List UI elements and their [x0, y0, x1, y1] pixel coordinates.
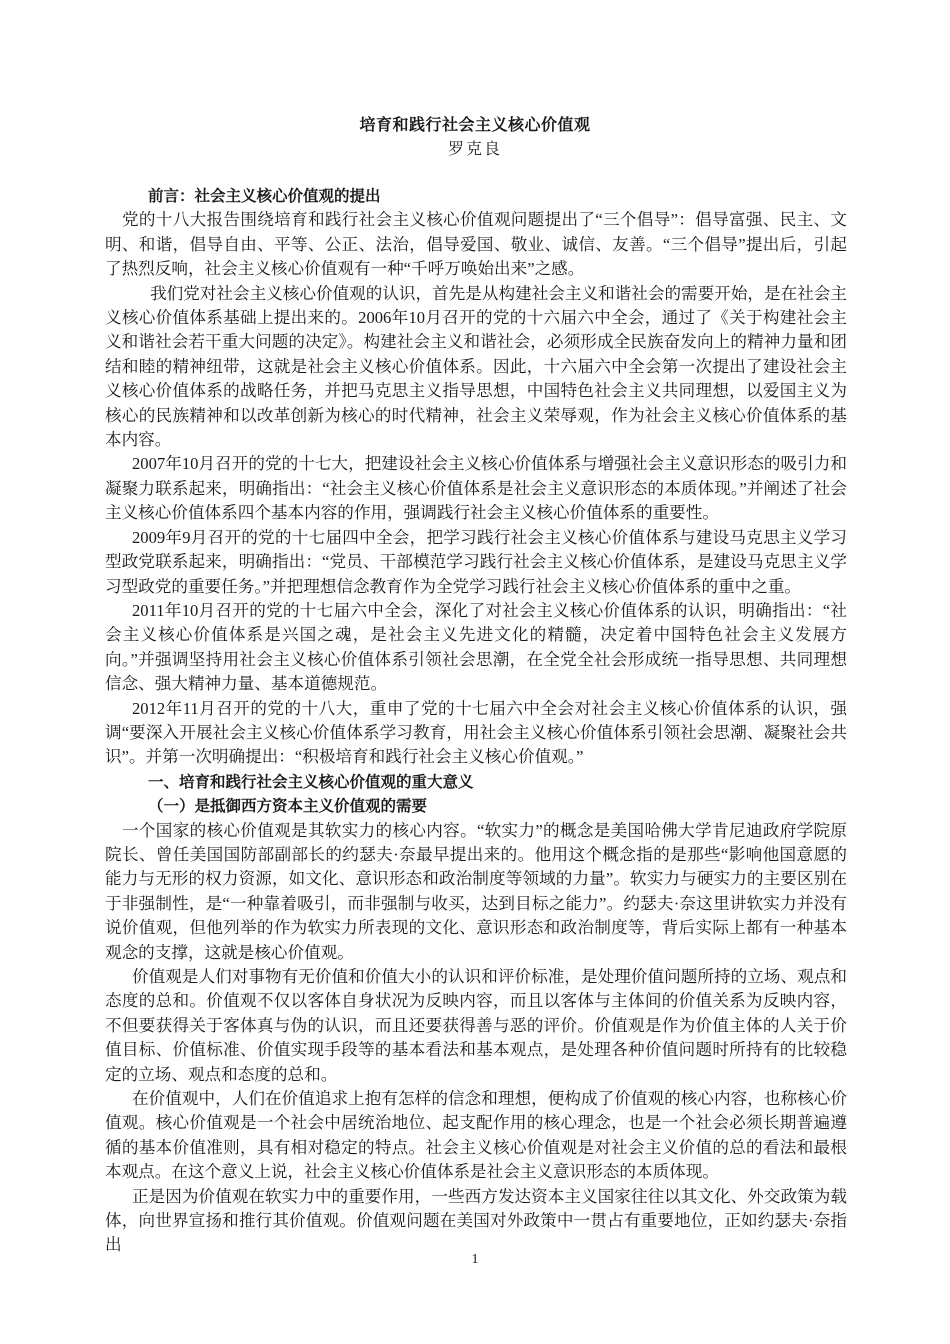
subsection-heading: （一）是抵御西方资本主义价值观的需要	[105, 794, 847, 818]
paragraph: 2011年10月召开的党的十七届六中全会，深化了对社会主义核心价值体系的认识，明…	[105, 599, 847, 697]
document-body: 前言：社会主义核心价值观的提出 党的十八大报告围绕培育和践行社会主义核心价值观问…	[105, 184, 847, 1258]
paragraph: 2012年11月召开的党的十八大，重申了党的十七届六中全会对社会主义核心价值体系…	[105, 697, 847, 770]
paragraph: 正是因为价值观在软实力中的重要作用，一些西方发达资本主义国家往往以其文化、外交政…	[105, 1185, 847, 1258]
paragraph: 在价值观中，人们在价值追求上抱有怎样的信念和理想，便构成了价值观的核心内容，也称…	[105, 1087, 847, 1185]
paragraph: 价值观是人们对事物有无价值和价值大小的认识和评价标准，是处理价值问题所持的立场、…	[105, 965, 847, 1087]
paragraph: 一个国家的核心价值观是其软实力的核心内容。“软实力”的概念是美国哈佛大学肯尼迪政…	[105, 819, 847, 965]
page-number: 1	[0, 1250, 950, 1270]
document-page: 培育和践行社会主义核心价值观 罗克良 前言：社会主义核心价值观的提出 党的十八大…	[0, 0, 950, 1344]
paragraph: 2009年9月召开的党的十七届四中全会，把学习践行社会主义核心价值体系与建设马克…	[105, 526, 847, 599]
paragraph: 2007年10月召开的党的十七大，把建设社会主义核心价值体系与增强社会主义意识形…	[105, 452, 847, 525]
paragraph: 我们党对社会主义核心价值观的认识，首先是从构建社会主义和谐社会的需要开始，是在社…	[105, 282, 847, 453]
section-heading: 一、培育和践行社会主义核心价值观的重大意义	[105, 770, 847, 794]
paragraph: 党的十八大报告围绕培育和践行社会主义核心价值观问题提出了“三个倡导”：倡导富强、…	[105, 208, 847, 281]
document-title: 培育和践行社会主义核心价值观	[0, 113, 950, 137]
preface-heading: 前言：社会主义核心价值观的提出	[105, 184, 847, 208]
document-author: 罗克良	[0, 138, 950, 162]
